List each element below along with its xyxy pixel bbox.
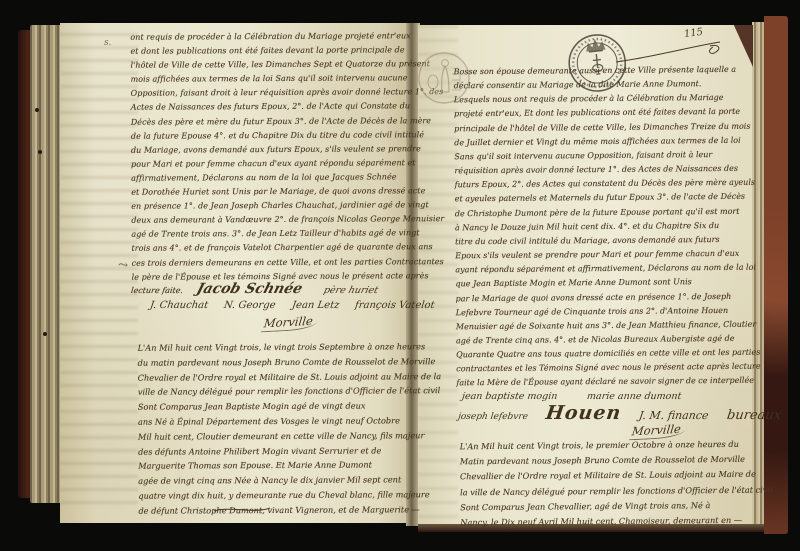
- manuscript-line: de la future Epouse 4°. et du Chapitre D…: [131, 128, 409, 144]
- manuscript-act-chevallier-start: L'An Mil huit cent Vingt trois, le premi…: [460, 437, 753, 531]
- register-photograph: s. ⤳ ont requis de procéder à la Célébra…: [0, 0, 800, 551]
- book-cover-right: [764, 16, 788, 534]
- end-flourish-icon: [212, 505, 272, 515]
- closing-phrase: lecture faite.: [130, 286, 183, 295]
- signature: marie anne dumont: [587, 391, 683, 402]
- page-edge-stack-left: [30, 25, 62, 503]
- signature: J. M. finance: [638, 409, 709, 422]
- signature-row-witnesses: J. ChauchatN. GeorgeJean Letzfrançois Va…: [150, 300, 434, 311]
- signature: Jacob Schnée: [195, 281, 305, 297]
- signature-row-witnesses: joseph lefebvreHouenJ. M. financebureaux: [458, 402, 781, 424]
- manuscript-line: Décès des père et mère du futur Epoux 3°…: [131, 114, 409, 130]
- manuscript-line: affirmativement, Déclarons au nom de la …: [131, 170, 409, 186]
- manuscript-line: des défunts Antoine Philibert Mogin viva…: [138, 443, 410, 459]
- manuscript-line: ces trois derniers demeurans en cette Vi…: [132, 255, 410, 271]
- signature: père huriet: [322, 285, 379, 296]
- manuscript-line: ayant répondu séparément et affirmativem…: [455, 261, 749, 278]
- signature: bureaux: [726, 408, 782, 423]
- manuscript-line: Marguerite Thomas son Epouse. Et Marie A…: [138, 458, 410, 474]
- pen-flourish-icon: [614, 36, 724, 66]
- manuscript-line: L'An Mil huit cent Vingt trois, le vingt…: [138, 339, 410, 355]
- manuscript-line: l'hôtel de Ville de cette Ville, les Dim…: [130, 57, 408, 73]
- manuscript-line: agé de Trente trois ans. 3°. de Jean Let…: [131, 227, 409, 243]
- page-edge-stack-right: [752, 22, 764, 528]
- signature: Jean Letz: [291, 300, 340, 311]
- worm-hole: [43, 332, 47, 336]
- manuscript-line: quatre vingt dix huit, y demeurante rue …: [138, 487, 410, 503]
- manuscript-act-mogin-dumont-start: L'An Mil huit cent Vingt trois, le vingt…: [138, 339, 411, 518]
- manuscript-act-mogin-dumont-end: Bosse son épouse demeurante aussi en cet…: [454, 63, 751, 391]
- manuscript-line: ont requis de procéder à la Célébration …: [130, 29, 408, 45]
- manuscript-line: Sont Comparus Jean Baptiste Mogin agé de…: [138, 398, 410, 414]
- manuscript-line: deux ans demeurant à Vandœuvre 2°. de fr…: [131, 212, 409, 228]
- manuscript-line: en présence 1°. de Jean Joseph Charles C…: [131, 198, 409, 214]
- margin-mark: ⤳: [118, 258, 128, 272]
- manuscript-line: de défunt Christophe Dumont, vivant Vign…: [138, 502, 410, 518]
- worm-hole: [38, 150, 42, 154]
- manuscript-line: et Dorothée Huriet sont Unis par le Mari…: [131, 184, 409, 200]
- worm-hole: [35, 108, 39, 112]
- manuscript-line: trois ans 4°. et de françois Vatelot Cha…: [131, 241, 409, 257]
- margin-mark: s.: [104, 38, 111, 48]
- manuscript-line: et dont les publications ont été faites …: [130, 43, 408, 59]
- manuscript-line: Chevalier de l'Ordre royal et Militaire …: [138, 369, 410, 385]
- signature: N. George: [223, 300, 276, 311]
- signature: jean baptiste mogin: [461, 391, 558, 402]
- manuscript-line: du matin pardevant nous Joseph Bruno Com…: [138, 354, 410, 370]
- signature: J. Chauchat: [149, 300, 209, 311]
- manuscript-line: faite la Mère de l'Épouse ayant déclaré …: [456, 374, 750, 391]
- signature: françois Vatelot: [354, 300, 435, 311]
- manuscript-line: ville de Nancy délégué pour remplir les …: [138, 384, 410, 400]
- manuscript-line: agée de vingt cinq ans Née à Nancy le di…: [138, 472, 410, 488]
- manuscript-line: Mil huit cent, Cloutier demeurant en cet…: [138, 428, 410, 444]
- manuscript-line: ans Né à Épinal Département des Vosges l…: [138, 413, 410, 429]
- signature: joseph lefebvre: [457, 412, 528, 422]
- manuscript-line: mois affichées aux termes de la loi Sans…: [131, 72, 409, 88]
- manuscript-line: Actes de Naissances des futurs Epoux, 2°…: [131, 100, 409, 116]
- signature: Houen: [544, 402, 622, 424]
- signature-row-couple: jean baptiste moginmarie anne dumont: [462, 391, 682, 402]
- manuscript-line: Nancy, le Dix neuf Avril Mil huit cent, …: [460, 513, 752, 531]
- signature-row-inline: lecture faite. Jacob Schnéepère huriet: [131, 281, 378, 297]
- manuscript-line: Bosse son épouse demeurante aussi en cet…: [454, 63, 748, 80]
- manuscript-line: pour Mari et pour femme chacun d'eux aya…: [131, 156, 409, 172]
- manuscript-act-schnee-huriet-conclusion: ont requis de procéder à la Célébration …: [130, 29, 409, 284]
- manuscript-line: Opposition, faisant droit à leur réquisi…: [131, 86, 409, 102]
- manuscript-line: du Mariage, avons demandé aux futurs Epo…: [131, 142, 409, 158]
